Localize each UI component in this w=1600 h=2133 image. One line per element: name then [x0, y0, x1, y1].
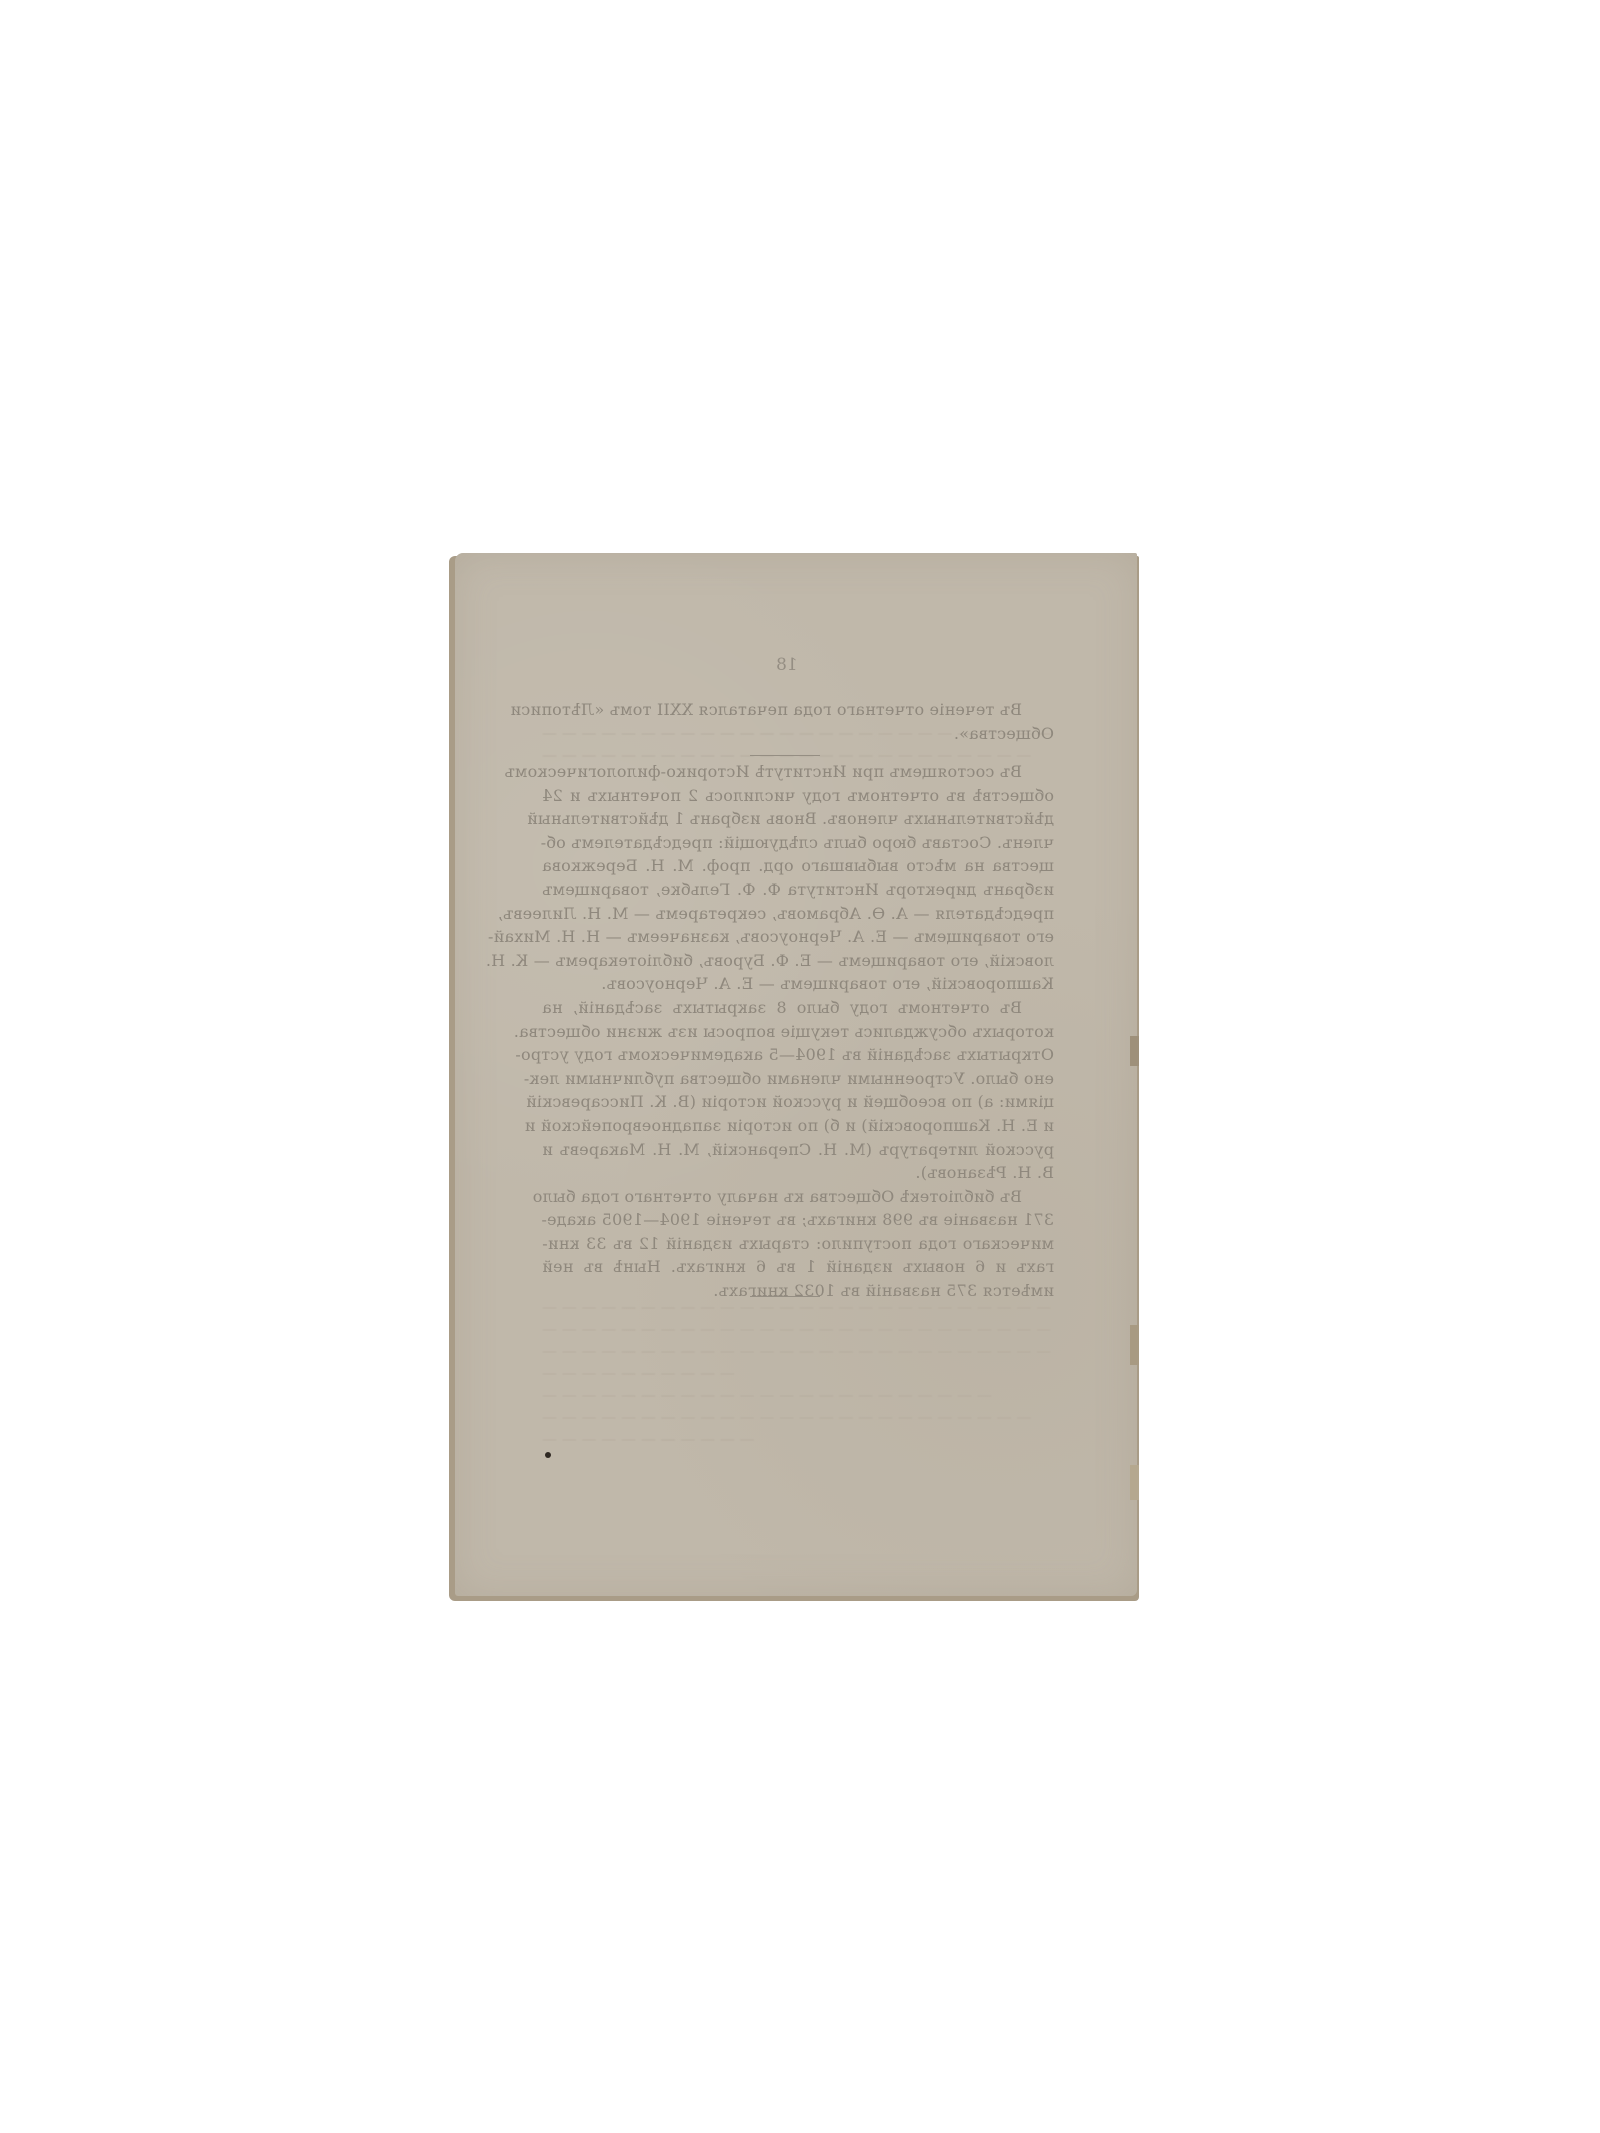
text-line: Въ библіотекѣ Общества къ началу отчетна… [542, 1185, 1054, 1209]
torn-edge-fragment [1130, 1465, 1139, 1500]
text-line: мическаго года поступило: старыхъ издані… [542, 1232, 1054, 1256]
text-line: ено было. Устроенными членами общества п… [542, 1067, 1054, 1091]
text-line: Въ состоящемъ при Институтѣ Историко-фил… [542, 760, 1054, 784]
paragraph-publications: Въ теченіе отчетнаго года печатался XXII… [542, 698, 1054, 745]
torn-edge-fragment [1130, 1325, 1139, 1365]
text-line: и Е. Н. Кашпоровскій) и б) по исторіи за… [542, 1114, 1054, 1138]
text-line: гахъ и 6 новыхъ изданій 1 въ 6 книгахъ. … [542, 1255, 1054, 1279]
text-line: дѣйствительныхъ членовъ. Вновь избранъ 1… [542, 807, 1054, 831]
page-number: 18 [776, 655, 798, 675]
text-line: Въ теченіе отчетнаго года печатался XXII… [542, 698, 1054, 722]
text-line: русской литературъ (М. Н. Сперанскій, М.… [542, 1138, 1054, 1162]
text-line: обществѣ въ отчетномъ году числилось 2 п… [542, 784, 1054, 808]
section-separator [750, 755, 820, 756]
text-line: ціями: а) по всеобщей и русской исторіи … [542, 1090, 1054, 1114]
text-line: В. Н. Рѣзановъ). [542, 1161, 1054, 1185]
text-line: его товарищемъ — Е. А. Черноусовъ, казна… [542, 925, 1054, 949]
text-line: Въ отчетномъ году было 8 закрытыхъ засѣд… [542, 996, 1054, 1020]
text-line: ловскій, его товарищемъ — Е. Ф. Буровъ, … [542, 949, 1054, 973]
ghost-line: — — — — — — — — — — — — — — — — — — — — … [542, 1384, 1054, 1406]
text-line: Общества». [542, 722, 1054, 746]
text-line: щества на мѣсто выбывшаго орд. проф. М. … [542, 854, 1054, 878]
ghost-line: — — — — — — — — — — [542, 1362, 1054, 1384]
text-line: 371 названіе въ 998 книгахъ; въ теченіе … [542, 1208, 1054, 1232]
text-line: членъ. Составъ бюро былъ слѣдующій: пред… [542, 831, 1054, 855]
ghost-line: — — — — — — — — — — — — — — — — — — — — … [542, 1296, 1054, 1318]
ghost-text-bottom: — — — — — — — — — — — — — — — — — — — — … [542, 1296, 1054, 1450]
ghost-line: — — — — — — — — — — — [542, 1428, 1054, 1450]
text-line: Кашпоровскій, его товарищемъ — Е. А. Чер… [542, 972, 1054, 996]
ghost-line: — — — — — — — — — — — — — — — — — — — — … [542, 1340, 1054, 1362]
ghost-line: — — — — — — — — — — — — — — — — — — — — … [542, 1406, 1054, 1428]
torn-edge-fragment [1130, 1036, 1139, 1066]
ghost-line: — — — — — — — — — — — — — — — — — — — — … [542, 1318, 1054, 1340]
paragraph-society: Въ состоящемъ при Институтѣ Историко-фил… [542, 760, 1054, 1303]
text-line: предсѣдателя — А. Ѳ. Абрамовъ, секретаре… [542, 902, 1054, 926]
text-line: Открытыхъ засѣданій въ 1904—5 академичес… [542, 1043, 1054, 1067]
text-line: избранъ директоръ Института Ф. Ф. Гельбк… [542, 878, 1054, 902]
text-line: которыхъ обсуждались текущіе вопросы изъ… [542, 1020, 1054, 1044]
ink-speck [545, 1452, 551, 1458]
